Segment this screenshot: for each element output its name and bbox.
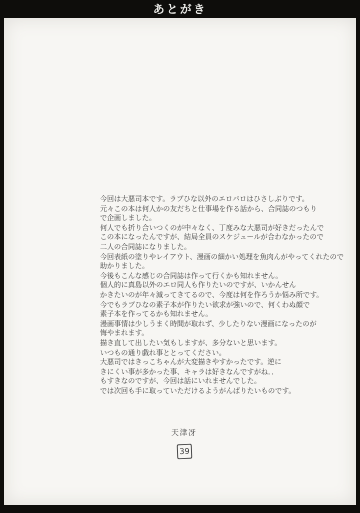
body-line: 今回表紙の塗りやレイアウト、漫画の細かい処理を魚肉んがやってくれたので xyxy=(100,253,340,263)
body-line: かきたいのが年々減ってきてるので、今度は何を作ろうか悩み所です。 xyxy=(100,291,340,301)
body-line: 漫画事情は少しうまく時間が取れず、少したりない漫画になったのが xyxy=(100,320,340,330)
body-text: 今回は大悪司本です。ラブひな以外のエロパロはひさしぶりです。元々この本は何人かの… xyxy=(100,195,340,396)
body-line: 個人的に真島以外のエロ同人も作りたいのですが、いかんせん xyxy=(100,281,340,291)
scanned-page: あとがき 今回は大悪司本です。ラブひな以外のエロパロはひさしぶりです。元々この本… xyxy=(0,0,360,513)
body-line: 今回は大悪司本です。ラブひな以外のエロパロはひさしぶりです。 xyxy=(100,195,340,205)
body-line: もすきなのですが、今回は話にいれませんでした。 xyxy=(100,377,340,387)
page-number: 39 xyxy=(179,447,189,456)
body-line: いつもの通り戯れ事ととってください。 xyxy=(100,349,340,359)
body-line: 元々この本は何人かの友だちと仕事場を作る話から、合同誌のつもり xyxy=(100,205,340,215)
paper: 今回は大悪司本です。ラブひな以外のエロパロはひさしぶりです。元々この本は何人かの… xyxy=(4,18,356,505)
body-line: 助かりました。 xyxy=(100,262,340,272)
body-line: 二人の合同誌になりました。 xyxy=(100,243,340,253)
body-line: では次回も手に取っていただけるようがんばりたいものです。 xyxy=(100,387,340,397)
page-title: あとがき xyxy=(153,0,207,18)
body-line: 今でもラブひなの素子本が作りたい欲求が強いので、何くわぬ顔で xyxy=(100,301,340,311)
body-line: きにくい事が多かった事、キャラは好きなんですがね．． xyxy=(100,368,340,378)
author-signature: 天津冴 xyxy=(4,427,360,438)
page-number-box: 39 xyxy=(177,444,193,460)
body-line: この本になったんですが、結局全員のスケジュールが合わなかったので xyxy=(100,233,340,243)
body-line: 大悪司ではきっこちゃんが大変描きやすかったです。逆に xyxy=(100,358,340,368)
body-line: 描き直して出したい気もしますが、多分ないと思います。 xyxy=(100,339,340,349)
body-line: 何人でも折り合いつくのが中々なく、丁度みな大悪司が好きだったんで xyxy=(100,224,340,234)
body-line: で企画しました。 xyxy=(100,214,340,224)
body-line: 悔やまれます。 xyxy=(100,329,340,339)
title-bar: あとがき xyxy=(0,0,360,18)
body-line: 素子本を作ってるかも知れません。 xyxy=(100,310,340,320)
body-line: 今後もこんな感じの合同誌は作って行くかも知れません。 xyxy=(100,272,340,282)
